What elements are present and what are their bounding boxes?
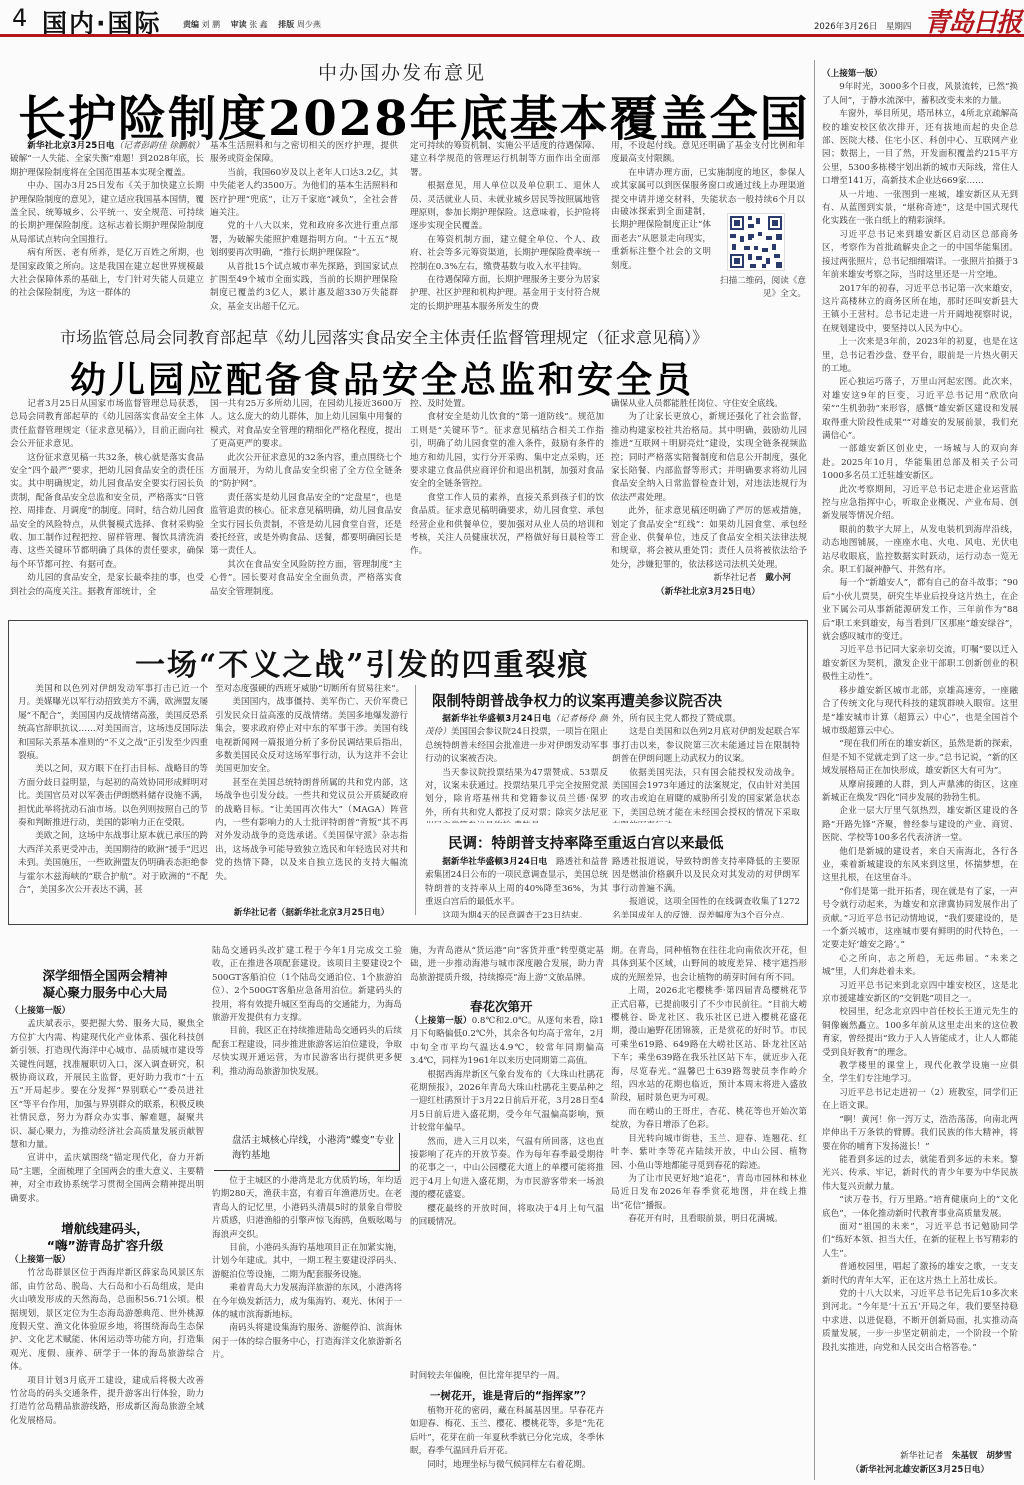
paragraph: 党的十八大以来，党和政府多次进行重点部署，为破解失能照护难题指明方向。“十五五”…: [210, 220, 398, 260]
paragraph: 期。在青岛，同种植物在往往北向南依次开花，但具体到某个区域，山野间的坡度差异、楼…: [611, 945, 807, 985]
paragraph: 植物开花的密码，藏在科属基因里。早春花卉如迎春、梅花、玉兰、樱花、樱桃花等，多是…: [410, 1405, 604, 1459]
article-column: 确保从业人员都能胜任岗位、守住安全底线。 为了让家长更放心，新规还强化了社会监督…: [611, 398, 807, 570]
continued-note: （上接第一版）: [410, 1016, 472, 1026]
article-column: 位于主城区的小港湾是北方优质钓场，年均适钓期280天，渔获丰富，有着百年渔港历史…: [212, 1175, 402, 1483]
paragraph: 此次公开征求意见的32条内容，重点围绕七个方面展开，为幼儿食品安全织密了全方位全…: [210, 452, 402, 492]
paragraph: 面对“祖国的未来”，习近平总书记勉励同学们“练好本领、担当大任，在新的征程上书写…: [822, 1221, 1018, 1261]
article-column: 陆岛交通码头改扩建工程于今年1月完成交工验收，正在推进各项配套建设。该项目主要建…: [212, 945, 402, 1130]
article-headline: 增航线建码头， “嗨”游青岛扩容升级: [10, 1220, 200, 1254]
article-column: （上接第一版） 竹岔岛群景区位于西海岸新区薛家岛风景区东部，由竹岔岛、脱岛、大石…: [10, 1254, 204, 1484]
paragraph: 外，所有民主党人都投了赞成票。: [612, 713, 800, 726]
paragraph: 确保从业人员都能胜任岗位、守住安全底线。: [611, 398, 807, 411]
article-column: 时间较去年偏晚，但比常年提早约一周。: [410, 1370, 604, 1384]
paragraph: 企业一层大厅里气氛热烈，雄安新区建设的各路“开路先锋”齐聚，曾经参与建设的产业、…: [822, 805, 1018, 845]
editor-credits: 责编 刘 鹏 审读 张 鑫 排版 周少燕: [183, 19, 321, 30]
credit-name: 周少燕: [297, 20, 321, 29]
paragraph: 校园里，纪念北京四中首任校长王道元先生的铜像巍然矗立。100多年前从这里走出来的…: [822, 1006, 1018, 1060]
article-column: （上接第一版） 孟庆斌表示，要把握大势、服务大局，聚焦全方位扩大内需、构建现代化…: [10, 1005, 204, 1213]
paragraph: 依据美国宪法，只有国会能授权发动战争。美国国会1973年通过的法案规定，仅由针对…: [612, 767, 800, 823]
qr-code[interactable]: [727, 213, 785, 271]
paragraph: 目光转向城市街巷，玉兰、迎春、连翘花、红叶李、紫叶李等花卉陆续开放，中山公园、植…: [611, 1133, 807, 1173]
paragraph: 为了让市民更好地“追花”，青岛市园林和林业局近日发布2026年春季赏花地图，并在…: [611, 1173, 807, 1213]
paragraph: 在申请办理方面，已实施制度的地区，参保人或其家属可以到医保服务窗口或通过线上办理…: [611, 167, 805, 206]
credit-name: 张 鑫: [249, 20, 268, 29]
paragraph: 而在崂山的王哥庄，杏花、桃花等也开始次第绽放，为春日增添了色彩。: [611, 1106, 807, 1133]
paragraph: 破解“一人失能、全家失衡”难题！到2028年底，长期护理保险制度将在全国范围基本…: [10, 154, 204, 177]
paragraph: 一部雄安新区创业史，一场城与人的双向奔赴。2025年10月，华能集团总部及相关子…: [822, 443, 1018, 483]
paragraph: 中办、国办3月25日发布《关于加快建立长期护理保险制度的意见》，建立适应我国基本…: [10, 180, 204, 247]
paragraph: 竹岔岛群景区位于西海岸新区薛家岛风景区东部，由竹岔岛、脱岛、大石岛和小石岛组成，…: [10, 1267, 204, 1374]
paragraph: 在筹资机制方面，建立健全单位、个人、政府、社会等多元筹资渠道，长期护理保险费率统…: [410, 234, 600, 274]
paragraph: 其次在食品安全风险防控方面，管理制度“主心骨”。园长要对食品安全全面负责，严格落…: [210, 559, 402, 599]
paragraph: 习近平总书记来到北京四中雄安校区，这是北京市援建雄安新区的“交钥匙”项目之一。: [822, 980, 1018, 1007]
dateline: （新华社河北雄安新区3月25日电）: [822, 1464, 1018, 1477]
callout-text: 盘活主城核心岸线，小港湾“蝶变”专业海钓基地: [232, 1135, 394, 1161]
paragraph: 责任落实是幼儿园食品安全的“定盘星”，也是监管追责的核心。征求意见稿明确，幼儿园…: [210, 492, 402, 559]
paragraph: 车窗外，举目所见，塔吊林立，4所北京疏解高校的雄安校区依次排开，还有拔地而起的央…: [822, 108, 1018, 188]
paragraph: 陆岛交通码头改扩建工程于今年1月完成交工验收，正在推进各项配套建设。该项目主要建…: [212, 945, 402, 1025]
paragraph: 习近平总书记同大家亲切交流，叮嘱“要以迁入雄安新区为契机，激发企业干部职工创新创…: [822, 644, 1018, 684]
paragraph: 党的十八大以来，习近平总书记先后10多次来到河北。“今年是‘十五五’开局之年，我…: [822, 1288, 1018, 1355]
paragraph: 这份征求意见稿一共32条，核心就是落实食品安全“四个最严”要求，把幼儿园食品安全…: [10, 452, 204, 573]
continued-note: （上接第一版）: [10, 1254, 204, 1267]
paragraph: 这是自美国和以色列2月底对伊朗发起联合军事打击以来，参议院第三次未能通过旨在限制…: [612, 726, 800, 766]
paragraph: “啊！黄河！你一泻万丈，浩浩荡荡，向南北两岸伸出千万条铁的臂膊。我们民族的伟大精…: [822, 1114, 1018, 1154]
paragraph: 记者3月25日从国家市场监督管理总局获悉，总局会同教育部起草的《幼儿园落实食品安…: [10, 398, 204, 452]
paragraph: 病有所医、老有所养，是亿万百姓之所期，也是国家政策之所向。这是我国在建立起世界规…: [10, 247, 204, 301]
paragraph: 报道说，这项全国性的在线调查收集了1272名美国成年人的反馈，误差幅度为3个百分…: [612, 896, 800, 918]
paragraph: 用，不设起付线。意见还明确了基金支付比例和年度最高支付限额。: [611, 140, 805, 167]
continued-note: （上接第一版）: [10, 1005, 204, 1018]
paragraph: 每一个“新雄安人”，都有自己的奋斗故事；“90后”小伙儿贾昊，研究生毕业后投身这…: [822, 577, 1018, 644]
paragraph: 美国国内，战事僵持、美军伤亡、天价军费已引发民众日益高涨的反战情绪。美国多地爆发…: [215, 696, 408, 776]
paragraph: 国一共有25万多所幼儿园，在园幼儿接近3600万人。这么庞大的幼儿群体，加上幼儿…: [210, 398, 402, 452]
subsection-callout: 盘活主城核心岸线，小港湾“蝶变”专业海钓基地: [214, 1133, 400, 1171]
article-column: 路透社报道说，导致特朗普支持率降低的主要原因是燃油价格飙升以及民众对其发动的对伊…: [612, 856, 800, 918]
continued-note: （上接第一版）: [822, 68, 1018, 81]
credit-name: 刘 鹏: [202, 20, 221, 29]
paragraph: 项目计划3月底开工建设，建成后将极大改善竹岔岛的码头交通条件，提升游客出行体验，…: [10, 1375, 204, 1429]
headline-line: 深学细悟全国两会精神: [10, 967, 200, 984]
article-column: 植物开花的密码，藏在科属基因里。早春花卉如迎春、梅花、玉兰、樱花、樱桃花等，多是…: [410, 1405, 604, 1483]
article-column: 由破冰探索到全面建制，长期护理保险制度正让“体面老去”从愿景走向现实，重新标注整…: [611, 206, 711, 312]
paragraph: 眼前的数字大屏上，从发电装机到海岸沿线，动态地图铺展，一座座水电、火电、风电、光…: [822, 524, 1018, 578]
paragraph: 心之所向，志之所趋，无远弗届。“未来之城”里，人们奔赴着未来。: [822, 953, 1018, 980]
article-headline: 民调：特朗普支持率降至重返白宫以来最低: [448, 832, 724, 853]
sidebar-divider: [814, 60, 815, 1480]
paragraph: 美国国会参议院24日投票，一项旨在阻止总统特朗普未经国会批准进一步对伊朗发动军事…: [425, 727, 608, 764]
article-headline: 一场“不义之战”引发的四重裂痕: [135, 640, 590, 684]
paragraph: 匠心独运巧落子，万里山河起宏图。此次来，对雄安这9年的巨变，习近平总书记用“欣欣…: [822, 376, 1018, 443]
article-column: 至对态度强硬的西班牙威胁“切断所有贸易往来”。 美国国内，战事僵持、美军伤亡、天…: [215, 683, 408, 883]
dateline-lead: 据新华社华盛顿3月24日电: [442, 714, 551, 724]
paragraph: 南码头将建设集海钓服务、游艇停泊、滨海休闲于一体的综合服务中心，打造海洋文化旅游…: [212, 1322, 402, 1362]
paragraph: “读万卷书，行万里路。”培育健康向上的“文化底色”，一体化推动新时代教育事业高质…: [822, 1194, 1018, 1221]
headline-line: 凝心聚力服务中心大局: [10, 984, 200, 1001]
paragraph: 位于主城区的小港湾是北方优质钓场，年均适钓期280天，渔获丰富，有着百年渔港历史…: [212, 1175, 402, 1242]
reporters: （记者彭韵佳 徐鹏航）: [115, 141, 204, 151]
qr-caption: 扫描二维码，阅读《意见》全文。: [716, 275, 806, 305]
article-column: （上接第一版）0.8℃和2.0℃。从逐旬来看，除1月下旬略偏低0.2℃外，其余各…: [410, 1015, 604, 1370]
paragraph: 由破冰探索到全面建制，长期护理保险制度正让“体面老去”从愿景走向现实，重新标注整…: [611, 206, 711, 273]
article-headline: 限制特朗普战争权力的议案再遭美参议院否决: [432, 690, 722, 711]
paragraph: 然而，进入三月以来，气温有所回落，这也直接影响了花卉的开放节奏。作为每年春季最受…: [410, 1136, 604, 1203]
article-column: 用，不设起付线。意见还明确了基金支付比例和年度最高支付限额。 在申请办理方面，已…: [611, 140, 805, 206]
paragraph: 移步雄安新区城市北部，京雄高速旁，一座融合了传统文化与现代科技的建筑群映入眼帘。…: [822, 685, 1018, 739]
article-headline: 长护险制度2028年底基本覆盖全国: [18, 80, 810, 149]
paragraph: 春花开有时，且看眼前景，明日花满城。: [611, 1213, 807, 1226]
paragraph: 目前，小港码头海钓基地项目正在加紧实施，计划今年建成。其中，一期工程主要建设浮码…: [212, 1242, 402, 1282]
paragraph: “你们是第一批开拓者，现在就是有了家，一声号令就行动起来，为雄安和京津冀协同发展…: [822, 886, 1018, 953]
paragraph: 美国和以色列对伊朗发动军事打击已近一个月。美媒曝光以军行动招致美方不满，欧洲盟友…: [18, 683, 208, 763]
paragraph: “现在我们所在的雄安新区，虽然是新的探索，但是不知不觉就走到了这一步。”总书记说…: [822, 738, 1018, 778]
article-column: （上接第一版） 9年时光，3000多个日夜，风景流转，已然“换了人间”，于静水流…: [822, 68, 1018, 1450]
credit-role: 排版: [278, 20, 294, 29]
paragraph: 甚至在美国总统特朗普所属的共和党内部，这场战争也引发分歧。一些共和党议员公开质疑…: [215, 777, 408, 883]
paragraph: 幼儿园的食品安全，是家长最牵挂的事，也受到社会的高度关注。据教育部统计，全: [10, 572, 204, 599]
paragraph: 他们是新城的建设者，来自天南海北，各行各业，乘着新城建设的东风来到这里，怀揣梦想…: [822, 846, 1018, 886]
paragraph: 根据意见，用人单位以及单位职工、退休人员、灵活就业人员、未就业城乡居民等按照属地…: [410, 180, 600, 234]
dateline-lead: 据新华社华盛顿3月24日电: [442, 857, 547, 867]
article-column: 基本生活照料和与之密切相关的医疗护理，提供服务或资金保障。 当前，我国60岁及以…: [210, 140, 398, 312]
paragraph: 美以之间，双方眼下在打击目标、战略目的等方面分歧日益明显，与起初的高效协同形成鲜…: [18, 763, 208, 830]
paragraph: 此外，征求意见稿还明确了严厉的惩戒措施，划定了食品安全“红线”：如果幼儿园食堂、…: [611, 505, 807, 570]
article-column: 据新华社华盛顿3月24日电 路透社和益普索集团24日公布的一项民意调查显示，美国…: [425, 856, 608, 918]
paragraph: 定可持续的筹资机制、实施公平适度的待遇保障、建立科学规范的管理运行机制等方面作出…: [410, 140, 600, 180]
paragraph: 习近平总书记来到雄安新区启动区总部商务区，考察作为首批疏解央企之一的中国华能集团…: [822, 229, 1018, 283]
paragraph: 当天参议院投票结果为47票赞成、53票反对，议案未获通过。投票结果几乎完全按照党…: [425, 767, 608, 823]
paragraph: 9年时光，3000多个日夜，风景流转，已然“换了人间”，于静水流深中，蓄积改变未…: [822, 81, 1018, 108]
paragraph: 习近平总书记走进初一（2）班教室，同学们正在上语文课。: [822, 1087, 1018, 1114]
article-column: 期。在青岛，同种植物在往往北向南依次开花，但具体到某个区域，山野间的坡度差异、楼…: [611, 945, 807, 1483]
byline-name: 戴小河: [765, 573, 791, 583]
article-kicker: 市场监管总局会同教育部起草《幼儿园落实食品安全主体责任监督管理规定（征求意见稿）…: [60, 325, 708, 348]
paragraph: 在待遇保障方面，长期护理服务主要分为居家护理、社区护理和机构护理。基金用于支付符…: [410, 274, 600, 312]
paragraph: 从一片地、一张图到一座城，雄安新区从无到有、从蓝图到实景，“堪称奇迹”，这是中国…: [822, 189, 1018, 229]
paragraph: 上一次来是3年前，2023年的初夏，也是在这里，总书记看沙盘、登平台，眼前是一片…: [822, 336, 1018, 376]
paragraph: 基本生活照料和与之密切相关的医疗护理，提供服务或资金保障。: [210, 140, 398, 167]
issue-date: 2026年3月26日 星期四: [814, 20, 911, 32]
article-column: 记者3月25日从国家市场监督管理总局获悉，总局会同教育部起草的《幼儿园落实食品安…: [10, 398, 204, 610]
paragraph: 樱花最终的开放时间，将取决于4月上旬气温的回暖情况。: [410, 1203, 604, 1230]
article-column: 施，为青岛港从“货运港”向“客货并重”转型奠定基础，进一步推动海港与城市深度融合…: [410, 945, 604, 997]
byline: 新华社记者 戴小河: [611, 572, 791, 585]
byline: 新华社记者（据新华社北京3月25日电）: [215, 907, 408, 920]
paragraph: 当前，我国60岁及以上老年人口达3.2亿，其中失能老人约3500万。为他们的基本…: [210, 167, 398, 221]
article-column: 外，所有民主党人都投了赞成票。 这是自美国和以色列2月底对伊朗发起联合军事打击以…: [612, 713, 800, 823]
masthead-rule: [0, 34, 1024, 37]
article-column: 美国和以色列对伊朗发动军事打击已近一个月。美媒曝光以军行动招致美方不满，欧洲盟友…: [18, 683, 208, 898]
paragraph: 宣讲中，孟庆斌围绕“锚定现代化，奋力开新局”主题，全面梳理了全国两会的重大意义、…: [10, 1152, 204, 1206]
paragraph: 根据西海岸新区气象台发布的《大珠山杜鹃花花期预报》，2026年青岛大珠山杜鹃花主…: [410, 1069, 604, 1136]
paragraph: 至对态度强硬的西班牙威胁“切断所有贸易往来”。: [215, 683, 408, 696]
paragraph: 能看到多远的过去，就能看到多远的未来。黎光兴、传承、牢记，新时代的青少年要为中华…: [822, 1154, 1018, 1194]
paragraph: 路透社报道说，导致特朗普支持率降低的主要原因是燃油价格飙升以及民众对其发动的对伊…: [612, 856, 800, 896]
paragraph: 此次考察期间，习近平总书记走进企业运营监控与应急指挥中心，听取企业概况、产业布局…: [822, 484, 1018, 524]
article-column: 控、及时处置。 食材安全是幼儿饮食的“第一道防线”。规范加工则是“关键环节”。征…: [410, 398, 604, 610]
paragraph: 美欧之间，这场中东战事让原本就已承压的跨大西洋关系更受冲击，美国期待的欧洲“援手…: [18, 830, 208, 897]
column-divider: [415, 685, 416, 915]
article-column: 定可持续的筹资机制、实施公平适度的待遇保障、建立科学规范的管理运行机制等方面作出…: [410, 140, 600, 312]
article-headline: 深学细悟全国两会精神 凝心聚力服务中心大局: [10, 967, 200, 1001]
paragraph: 乘着青岛大力发展海洋旅游的东风，小港湾将在今年焕发新活力，成为集海钓、观光、休闲…: [212, 1282, 402, 1322]
paragraph: 同时，地理坐标与微气候同样左右着花期。: [410, 1459, 604, 1472]
paragraph: 为了让家长更放心，新规还强化了社会监督，推动构建家校社共治格局。其中明确，鼓励幼…: [611, 411, 807, 505]
article-headline: 春花次第开: [470, 997, 533, 1015]
paragraph: 普通校园里，唱起了激扬的雄安之歌，一支支新时代的青年大军，正在这片热土上茁壮成长…: [822, 1261, 1018, 1288]
article-column: 新华社北京3月25日电（记者彭韵佳 徐鹏航）破解“一人失能、全家失衡”难题！到2…: [10, 140, 204, 312]
subsection-heading: 一树花开，谁是背后的“指挥家”？: [430, 1388, 591, 1403]
headline-line: “嗨”游青岛扩容升级: [10, 1237, 200, 1254]
paragraph: 这项为期4天的民意调查于23日结束。: [425, 910, 608, 918]
paragraph: 教学楼里的课堂上，现代化教学设施一应俱全，学生们专注地学习。: [822, 1060, 1018, 1087]
paragraph: 孟庆斌表示，要把握大势、服务大局，聚焦全方位扩大内需、构建现代化产业体系、强化科…: [10, 1018, 204, 1152]
article-headline: 幼儿园应配备食品安全总监和安全员: [70, 352, 694, 403]
paragraph: 上周，2026北宅樱桃季·第四届青岛樱桃花节正式启幕，已提前吸引了不少市民前往。…: [611, 985, 807, 1106]
paragraph: 控、及时处置。: [410, 398, 604, 411]
credit-role: 责编: [183, 20, 199, 29]
page-number: 4: [12, 4, 27, 32]
paragraph: 食材安全是幼儿饮食的“第一道防线”。规范加工则是“关键环节”。征求意见稿结合相关…: [410, 411, 604, 491]
paragraph: 2017年的初春，习近平总书记第一次来雄安，这片高楼林立的商务区所在地，那时还叫…: [822, 283, 1018, 337]
headline-line: 增航线建码头，: [10, 1220, 200, 1237]
paragraph: 食堂工作人员的素养，直接关系到孩子们的饮食品质。征求意见稿明确要求，幼儿园食堂、…: [410, 492, 604, 559]
article-column: 据新华社华盛顿3月24日电（记者杨伶 颜茂伶）美国国会参议院24日投票，一项旨在…: [425, 713, 608, 823]
byline-label: 新华社记者: [713, 573, 756, 583]
dateline-lead: 新华社北京3月25日电: [27, 141, 114, 151]
paragraph: 目前，我区正在持续推进陆岛交通码头的后续配套工程建设，同步推进旅游客运泊位建设，…: [212, 1025, 402, 1079]
credit-role: 审读: [231, 20, 247, 29]
paragraph: 时间较去年偏晚，但比常年提早约一周。: [410, 1370, 604, 1383]
dateline: （新华社北京3月25日电）: [611, 586, 805, 599]
byline-name: 朱基钗 胡梦雪: [952, 1451, 1012, 1461]
article-column: 国一共有25万多所幼儿园，在园幼儿接近3600万人。这么庞大的幼儿群体，加上幼儿…: [210, 398, 402, 610]
paragraph: 从首批15个试点城市率先探路，到国家试点扩围至49个城市全面实践，当前的长期护理…: [210, 261, 398, 312]
byline-label: 新华社记者: [900, 1451, 943, 1461]
qr-code-icon: [728, 214, 784, 270]
paragraph: 从摩肩接踵的人群，到人声鼎沸的街区，这座新城正在焕发“四化”同步发展的勃勃生机。: [822, 779, 1018, 806]
byline: 新华社记者 朱基钗 胡梦雪: [822, 1450, 1012, 1463]
